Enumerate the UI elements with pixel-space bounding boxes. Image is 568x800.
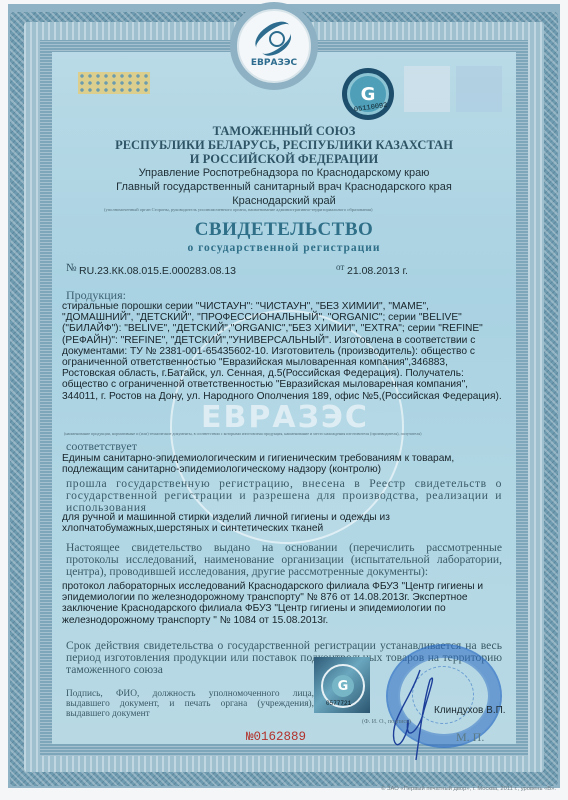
printer-imprint: © ЗАО «Первый печатный двор», г. Москва,…	[381, 786, 556, 792]
product-description: стиральные порошки серии "ЧИСТАУН": "ЧИС…	[62, 301, 502, 402]
usage-text: для ручной и машинной стирки изделий лич…	[62, 512, 502, 534]
document-title: СВИДЕТЕЛЬСТВО	[60, 219, 508, 241]
basis-text: протокол лабораторных исследований Красн…	[62, 581, 506, 626]
hologram-sticker-icon: G 0577721	[314, 657, 370, 713]
conformity-text: Единым санитарно-эпидемиологическим и ги…	[62, 453, 502, 475]
registration-row: № RU.23.КК.08.015.Е.000283.08.13 от 21.0…	[66, 262, 508, 278]
product-caption: (наименование продукции, нормативные и (…	[64, 431, 422, 436]
header-line-1: ТАМОЖЕННЫЙ СОЮЗ	[60, 124, 508, 138]
authority-line-2: Главный государственный санитарный врач …	[60, 180, 508, 194]
header-line-2: РЕСПУБЛИКИ БЕЛАРУСЬ, РЕСПУБЛИКИ КАЗАХСТА…	[60, 138, 508, 152]
registration-statement: прошла государственную регистрацию, внес…	[66, 478, 502, 514]
watermark-label: ЕВРАЗЭС	[180, 400, 390, 435]
registration-date-label: от	[336, 262, 344, 272]
conformity-label: соответствует	[66, 439, 137, 454]
authority-line-3: Краснодарский край	[60, 194, 508, 208]
basis-label: Настоящее свидетельство выдано на основа…	[66, 542, 502, 578]
document-subtitle: о государственной регистрации	[60, 242, 508, 254]
authority-caption: (уполномоченный орган Стороны, руководит…	[104, 207, 372, 212]
hologram-strip-icon	[78, 72, 150, 94]
authority-line-1: Управление Роспотребнадзора по Краснодар…	[60, 166, 508, 180]
emblem-label: ЕВРАЗЭС	[239, 58, 309, 68]
blank-number: №0162889	[246, 730, 306, 744]
registration-number-label: №	[66, 262, 77, 274]
header-line-3: И РОССИЙСКОЙ ФЕДЕРАЦИИ	[60, 152, 508, 166]
registration-date: 21.08.2013 г.	[347, 265, 408, 277]
hologram-sticker-serial: 0577721	[326, 700, 351, 707]
security-watermark	[456, 66, 502, 112]
signer-name: Клиндухов В.П.	[434, 705, 506, 716]
security-watermark	[404, 66, 450, 112]
registration-number: RU.23.КК.08.015.Е.000283.08.13	[79, 265, 236, 277]
signature-label: Подпись, ФИО, должность уполномоченного …	[66, 690, 314, 719]
signature-caption: (Ф. И. О., подпись)	[362, 719, 411, 725]
seal-place-label: М. П.	[456, 730, 484, 745]
eurasec-emblem: ЕВРАЗЭС	[230, 2, 318, 90]
eurasec-emblem-icon: ЕВРАЗЭС	[237, 9, 311, 83]
